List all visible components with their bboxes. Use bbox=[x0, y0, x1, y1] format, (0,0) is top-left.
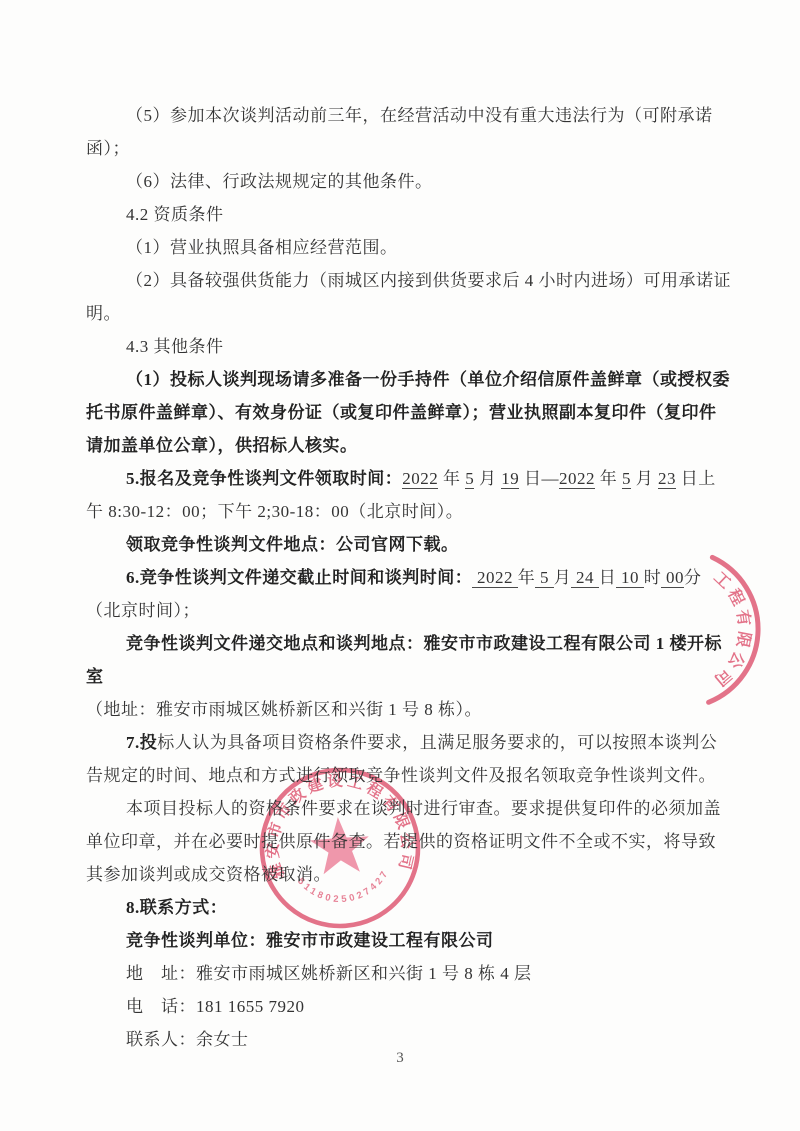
document-page: 雅安市市政建设工程有限公司 5118025027427 工程有限公司 （5）参加… bbox=[0, 0, 800, 1131]
text-run: 竞争性谈判单位：雅安市市政建设工程有限公司 bbox=[126, 931, 494, 950]
text-run: 年 bbox=[595, 469, 622, 488]
text-run: 领取竞争性谈判文件地点：公司官网下载。 bbox=[126, 535, 459, 554]
text-run: 月 bbox=[631, 469, 658, 488]
text-run: 10 bbox=[616, 568, 644, 588]
text-run: 5 bbox=[535, 568, 554, 588]
text-run: 5 bbox=[465, 469, 474, 489]
paragraph: 5.报名及竞争性谈判文件领取时间：2022 年 5 月 19 日—2022 年 … bbox=[86, 462, 732, 528]
text-run: 联系人：余女士 bbox=[126, 1030, 249, 1049]
paragraph: （5）参加本次谈判活动前三年，在经营活动中没有重大违法行为（可附承诺函）； bbox=[86, 99, 732, 165]
text-run: 月 bbox=[474, 469, 501, 488]
text-run: 4.2 资质条件 bbox=[126, 205, 224, 224]
text-run: 2022 bbox=[472, 568, 518, 588]
text-run: 24 bbox=[571, 568, 599, 588]
paragraph: 地 址：雅安市雨城区姚桥新区和兴街 1 号 8 栋 4 层 bbox=[86, 957, 732, 990]
text-run: 7.投 bbox=[126, 733, 157, 752]
paragraph: 电 话：181 1655 7920 bbox=[86, 990, 732, 1023]
text-run: 00 bbox=[661, 568, 684, 588]
paragraph: 4.2 资质条件 bbox=[86, 198, 732, 231]
paragraph: （1）投标人谈判现场请多准备一份手持件（单位介绍信原件盖鲜章（或授权委托书原件盖… bbox=[86, 363, 732, 462]
paragraph: 竞争性谈判单位：雅安市市政建设工程有限公司 bbox=[86, 924, 732, 957]
page-number: 3 bbox=[0, 1050, 800, 1067]
text-run: 19 bbox=[501, 469, 519, 489]
paragraph: （2）具备较强供货能力（雨城区内接到供货要求后 4 小时内进场）可用承诺证明。 bbox=[86, 264, 732, 330]
text-run: 日— bbox=[519, 469, 559, 488]
paragraph: （6）法律、行政法规规定的其他条件。 bbox=[86, 165, 732, 198]
text-run: （5）参加本次谈判活动前三年，在经营活动中没有重大违法行为（可附承诺函）； bbox=[86, 106, 713, 158]
text-run: （2）具备较强供货能力（雨城区内接到供货要求后 4 小时内进场）可用承诺证明。 bbox=[86, 271, 731, 323]
text-run: 5.报名及竞争性谈判文件领取时间： bbox=[126, 469, 402, 488]
text-run: 8.联系方式： bbox=[126, 898, 227, 917]
text-run: 标人认为具备项目资格条件要求，且满足服务要求的，可以按照本谈判公告规定的时间、地… bbox=[86, 733, 717, 785]
text-run: 年 bbox=[518, 568, 536, 587]
paragraph: 7.投标人认为具备项目资格条件要求，且满足服务要求的，可以按照本谈判公告规定的时… bbox=[86, 726, 732, 792]
text-run: 日 bbox=[599, 568, 617, 587]
text-run: （1）营业执照具备相应经营范围。 bbox=[126, 238, 398, 257]
text-run: 23 bbox=[658, 469, 676, 489]
text-run: 时 bbox=[644, 568, 662, 587]
text-run: 本项目投标人的资格条件要求在谈判时进行审查。要求提供复印件的必须加盖单位印章，并… bbox=[86, 799, 721, 884]
text-run: 2022 bbox=[402, 469, 438, 489]
paragraph: （1）营业执照具备相应经营范围。 bbox=[86, 231, 732, 264]
paragraph: 领取竞争性谈判文件地点：公司官网下载。 bbox=[86, 528, 732, 561]
text-run: 5 bbox=[622, 469, 631, 489]
text-run: （地址：雅安市雨城区姚桥新区和兴街 1 号 8 栋）。 bbox=[86, 700, 482, 719]
paragraph: 竞争性谈判文件递交地点和谈判地点：雅安市市政建设工程有限公司 1 楼开标室 bbox=[86, 627, 732, 693]
text-run: 竞争性谈判文件递交地点和谈判地点：雅安市市政建设工程有限公司 1 楼开标室 bbox=[86, 634, 722, 686]
text-run: （1）投标人谈判现场请多准备一份手持件（单位介绍信原件盖鲜章（或授权委托书原件盖… bbox=[86, 370, 730, 455]
paragraph: （地址：雅安市雨城区姚桥新区和兴街 1 号 8 栋）。 bbox=[86, 693, 732, 726]
text-run: 电 话：181 1655 7920 bbox=[126, 997, 305, 1016]
text-run: （6）法律、行政法规规定的其他条件。 bbox=[126, 172, 433, 191]
text-run: 年 bbox=[438, 469, 465, 488]
text-run: 6.竞争性谈判文件递交截止时间和谈判时间： bbox=[126, 568, 472, 587]
text-run: 地 址：雅安市雨城区姚桥新区和兴街 1 号 8 栋 4 层 bbox=[126, 964, 532, 983]
paragraph: 8.联系方式： bbox=[86, 891, 732, 924]
text-run: 月 bbox=[554, 568, 572, 587]
paragraph: 本项目投标人的资格条件要求在谈判时进行审查。要求提供复印件的必须加盖单位印章，并… bbox=[86, 792, 732, 891]
text-run: 4.3 其他条件 bbox=[126, 337, 224, 356]
paragraph: 4.3 其他条件 bbox=[86, 330, 732, 363]
document-body: （5）参加本次谈判活动前三年，在经营活动中没有重大违法行为（可附承诺函）；（6）… bbox=[86, 99, 732, 1056]
paragraph: 6.竞争性谈判文件递交截止时间和谈判时间： 2022 年 5 月 24 日 10… bbox=[86, 561, 732, 627]
text-run: 2022 bbox=[559, 469, 595, 489]
